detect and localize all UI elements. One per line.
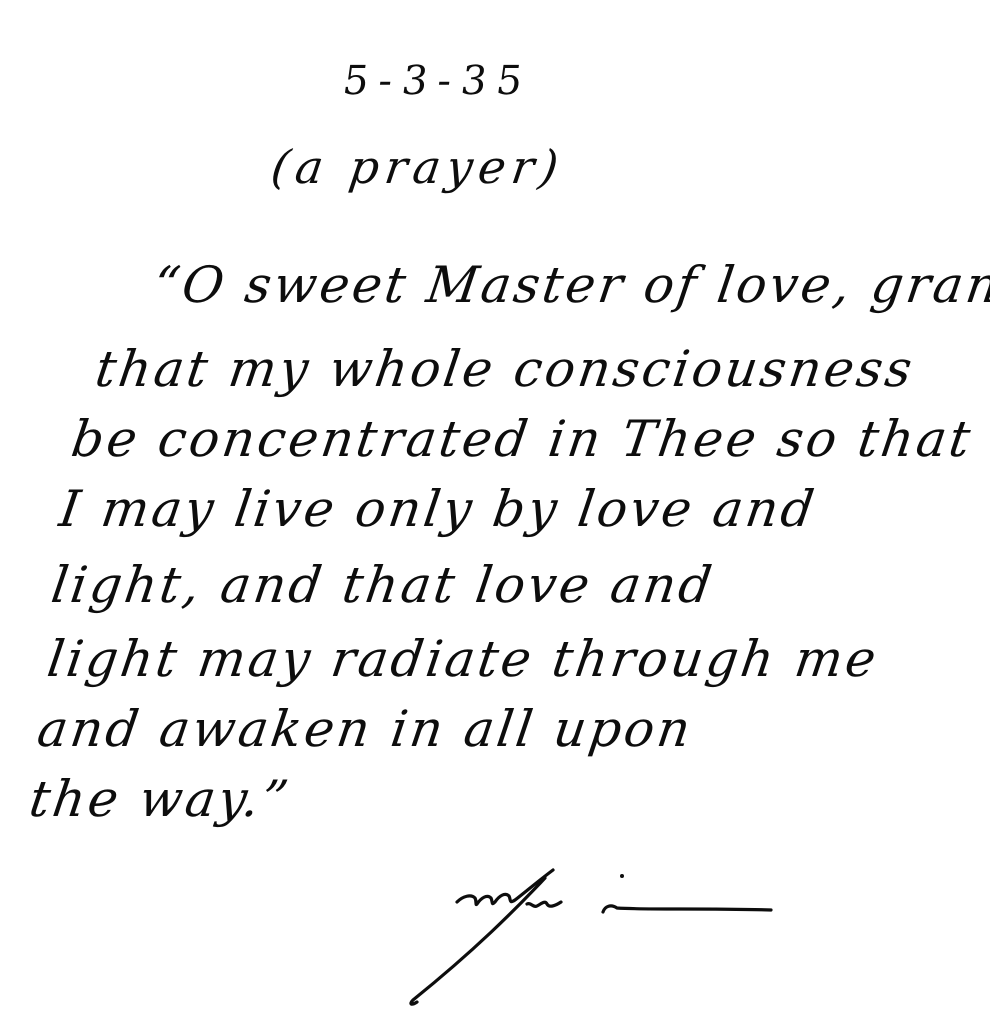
prayer-line: light may radiate through me: [44, 630, 882, 688]
prayer-line: and awaken in all upon: [34, 700, 697, 758]
prayer-line: be concentrated in Thee so that: [68, 410, 977, 468]
date-heading: 5-3-35: [340, 58, 535, 104]
prayer-line: “O sweet Master of love, grant: [150, 256, 990, 314]
prayer-line: the way.”: [26, 770, 295, 828]
prayer-line: I may live only by love and: [56, 480, 820, 538]
handwritten-page: 5-3-35 (a prayer) “O sweet Master of lov…: [0, 0, 990, 1012]
prayer-line: light, and that love and: [48, 556, 718, 614]
signature: [405, 860, 775, 1010]
prayer-line: that my whole consciousness: [92, 340, 918, 398]
subtitle-a-prayer: (a prayer): [268, 140, 568, 194]
